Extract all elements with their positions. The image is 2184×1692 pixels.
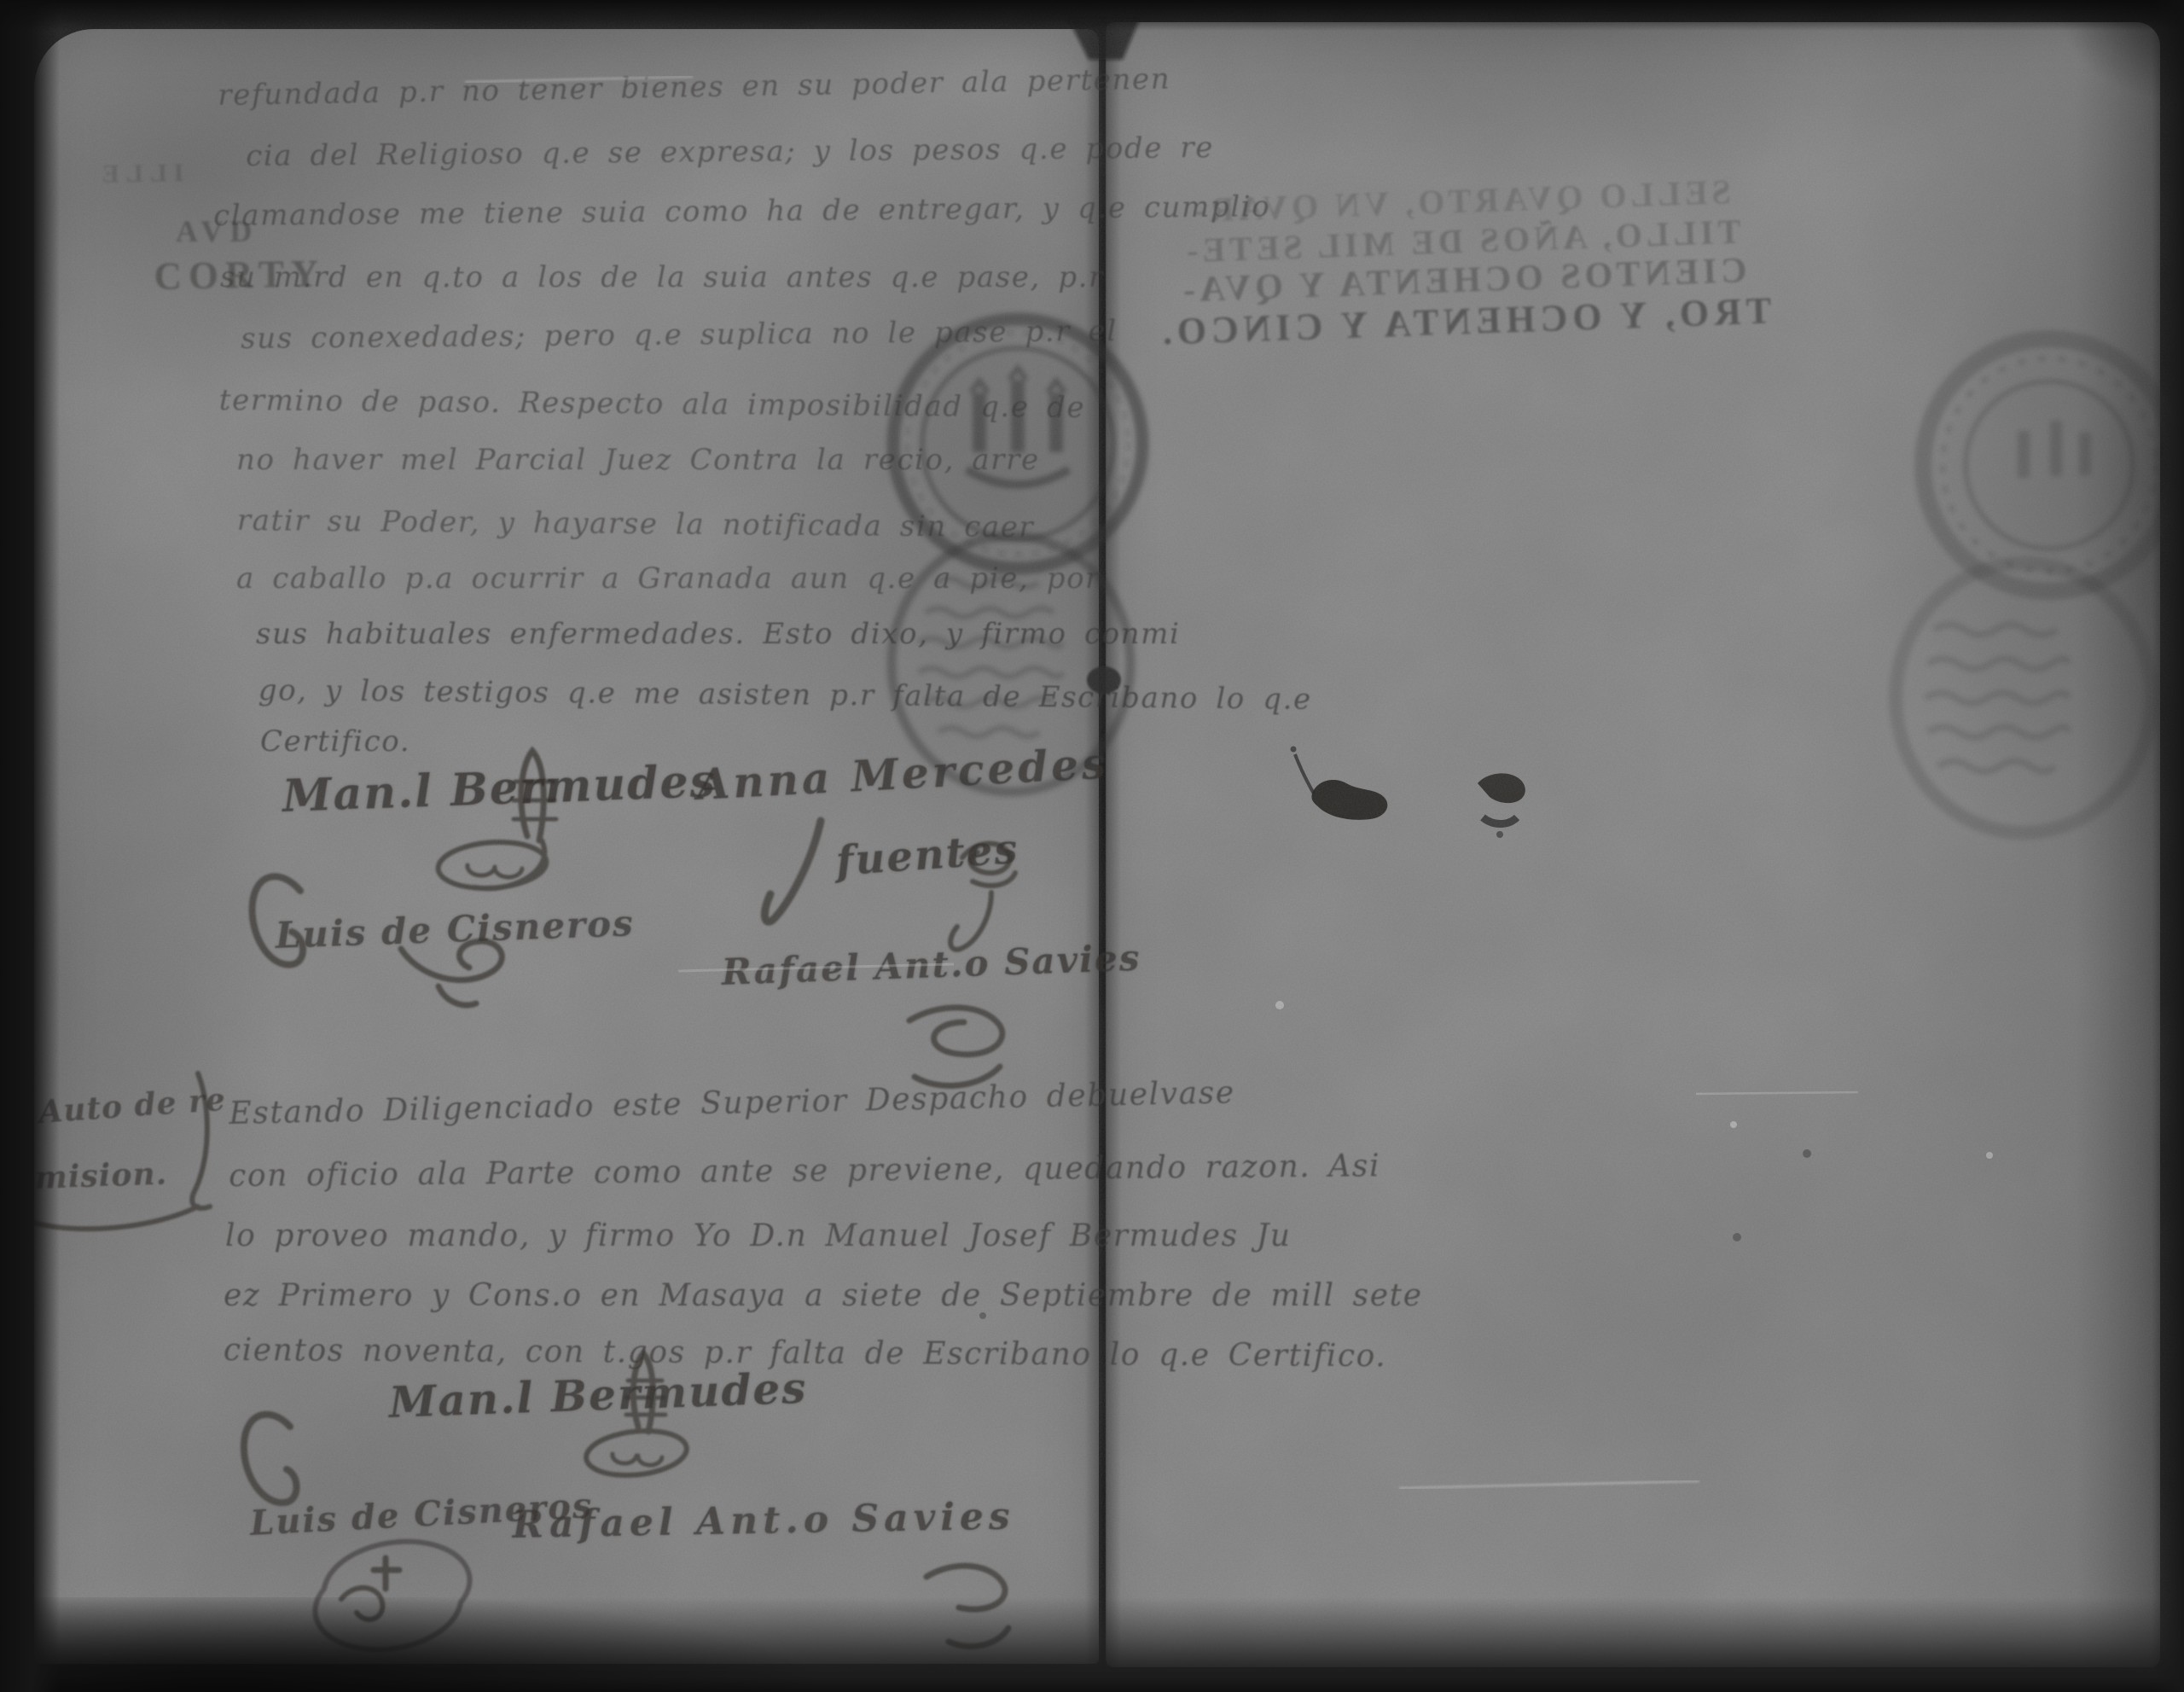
manuscript-line-8: ratir su Poder, y hayarse la notificada … [237, 503, 1035, 544]
manuscript-line-10: sus habituales enfermedades. Esto dixo, … [256, 617, 1181, 651]
manuscript-line-7: no haver mel Parcial Juez Contra la reci… [236, 443, 1040, 477]
manuscript-line-12: Certifico. [260, 724, 410, 759]
signature-rafael-savies-lower: Rafael Ant.o Savies [512, 1495, 1015, 1547]
manuscript-scan: ILLE AVD CORTY refundada p.r no tener bi… [0, 0, 2184, 1692]
manuscript-line-15: lo proveo mando, y firmo Yo D.n Manuel J… [225, 1218, 1292, 1253]
manuscript-line-16: ez Primero y Cons.o en Masaya a siete de… [224, 1278, 1423, 1313]
sello-stamp-text: SELLO QVARTO, VN QVAR- TILLO, AÑOS DE MI… [1151, 170, 1774, 352]
manuscript-line-9: a caballo p.a ocurrir a Granada aun q.e … [236, 561, 1101, 596]
manuscript-line-4: su m.rd en q.to a los de la suia antes q… [220, 260, 1104, 294]
stamp-fragment-ille: ILLE [95, 159, 183, 189]
margin-note-line2: mision. [34, 1156, 168, 1196]
